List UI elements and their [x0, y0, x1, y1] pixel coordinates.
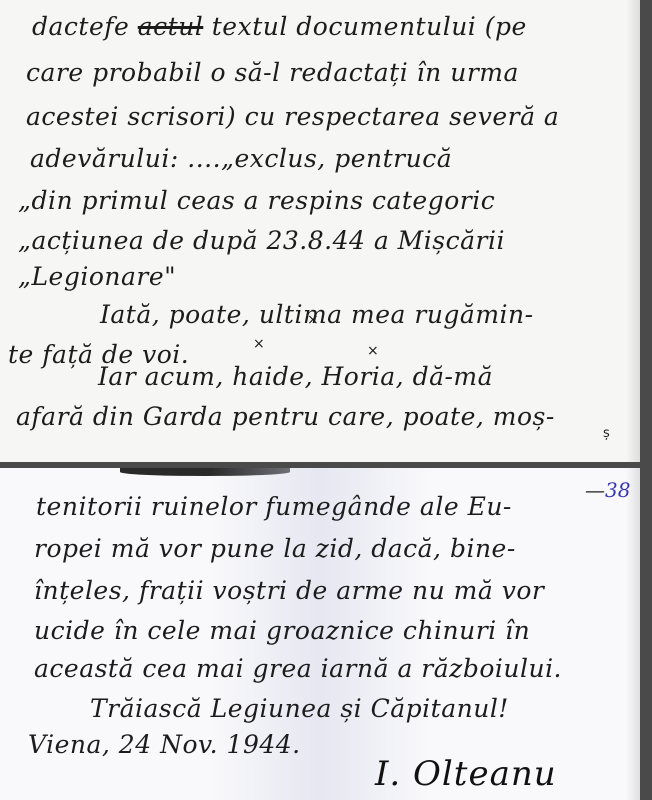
cedilla-note: ș [603, 426, 610, 441]
text-line: înțeles, frații voștri de arme nu mă vor [34, 576, 544, 605]
page-number: —38 [585, 478, 630, 502]
cross-mark: × [307, 312, 319, 328]
text-line: tenitorii ruinelor fumegânde ale Eu- [36, 492, 512, 521]
text-line: ucide în cele mai groaznice chinuri în [34, 616, 530, 645]
text-fragment: dactefe [32, 12, 138, 41]
signature: I. Olteanu [375, 754, 557, 794]
text-line: „acțiunea de după 23.8.44 a Mișcării [18, 226, 505, 255]
page-number-value: 38 [605, 478, 630, 502]
closing-salutation: Trăiască Legiunea și Căpitanul! [90, 694, 509, 723]
struck-word: actul [138, 12, 204, 41]
text-line: ropei mă vor pune la zid, dacă, bine- [34, 534, 516, 563]
text-line: afară din Garda pentru care, poate, moș- [16, 402, 555, 431]
text-line: adevărului: ....„exclus, pentrucă [30, 144, 452, 173]
letter-page-top: dactefe actul textul documentului (pe ca… [0, 0, 640, 462]
place-date: Viena, 24 Nov. 1944. [28, 730, 301, 759]
text-line: care probabil o să-l redactați în urma [26, 58, 519, 87]
letter-page-bottom: —38 tenitorii ruinelor fumegânde ale Eu-… [0, 468, 640, 800]
text-line: Iar acum, haide, Horia, dă-mă [98, 362, 493, 391]
text-line: „din primul ceas a respins categoric [18, 186, 495, 215]
page-number-dash: — [585, 478, 605, 502]
text-line: „Legionare" [18, 262, 176, 291]
text-line: această cea mai grea iarnă a războiului. [34, 654, 562, 683]
text-line: dactefe actul textul documentului (pe [32, 12, 527, 41]
cross-mark: × [367, 343, 379, 359]
text-line: acestei scrisori) cu respectarea severă … [26, 102, 559, 131]
cross-mark: × [253, 336, 265, 352]
text-fragment: textul documentului (pe [203, 12, 526, 41]
